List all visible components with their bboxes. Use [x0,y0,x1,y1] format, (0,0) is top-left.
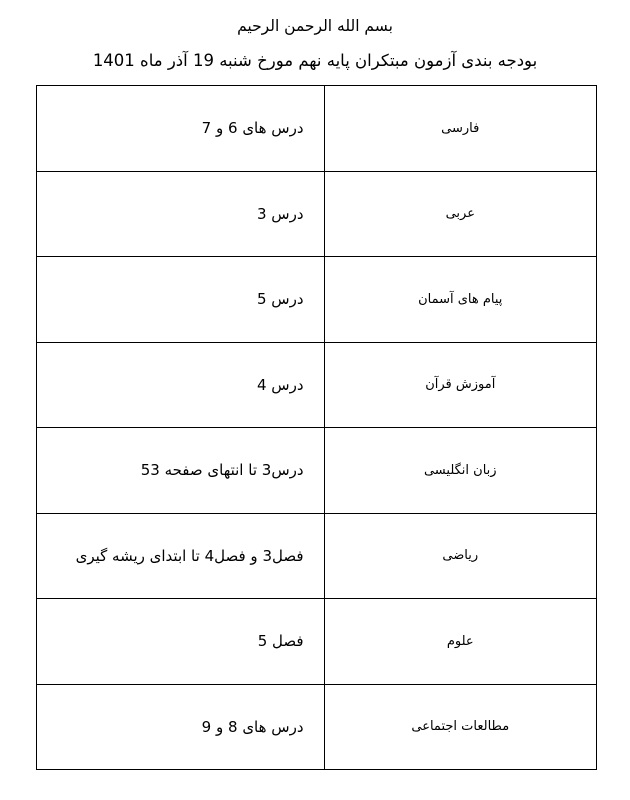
table-row: پیام های آسمان درس 5 [37,257,597,343]
table-row: آموزش قرآن درس 4 [37,342,597,428]
subject-cell: فارسی [324,86,596,172]
subject-cell: ریاضی [324,513,596,599]
bismillah-line: بسم الله الرحمن الرحیم [0,14,630,38]
scope-cell: درس های 6 و 7 [37,86,325,172]
scope-cell: فصل3 و فصل4 تا ابتدای ریشه گیری [37,513,325,599]
table-row: فارسی درس های 6 و 7 [37,86,597,172]
subject-cell: زبان انگلیسی [324,428,596,514]
subject-cell: مطالعات اجتماعی [324,684,596,770]
subject-cell: آموزش قرآن [324,342,596,428]
subject-cell: عربی [324,171,596,257]
table-row: علوم فصل 5 [37,599,597,685]
table-row: ریاضی فصل3 و فصل4 تا ابتدای ریشه گیری [37,513,597,599]
table-row: مطالعات اجتماعی درس های 8 و 9 [37,684,597,770]
scope-cell: درس های 8 و 9 [37,684,325,770]
document-page: بسم الله الرحمن الرحیم بودجه بندی آزمون … [0,0,630,800]
exam-budget-table: فارسی درس های 6 و 7 عربی درس 3 پیام های … [36,85,597,770]
table-row: زبان انگلیسی درس3 تا انتهای صفحه 53 [37,428,597,514]
scope-cell: درس 4 [37,342,325,428]
scope-cell: فصل 5 [37,599,325,685]
table-row: عربی درس 3 [37,171,597,257]
subject-cell: پیام های آسمان [324,257,596,343]
scope-cell: درس 3 [37,171,325,257]
subject-cell: علوم [324,599,596,685]
scope-cell: درس 5 [37,257,325,343]
document-title: بودجه بندی آزمون مبتکران پایه نهم مورخ ش… [0,48,630,74]
scope-cell: درس3 تا انتهای صفحه 53 [37,428,325,514]
